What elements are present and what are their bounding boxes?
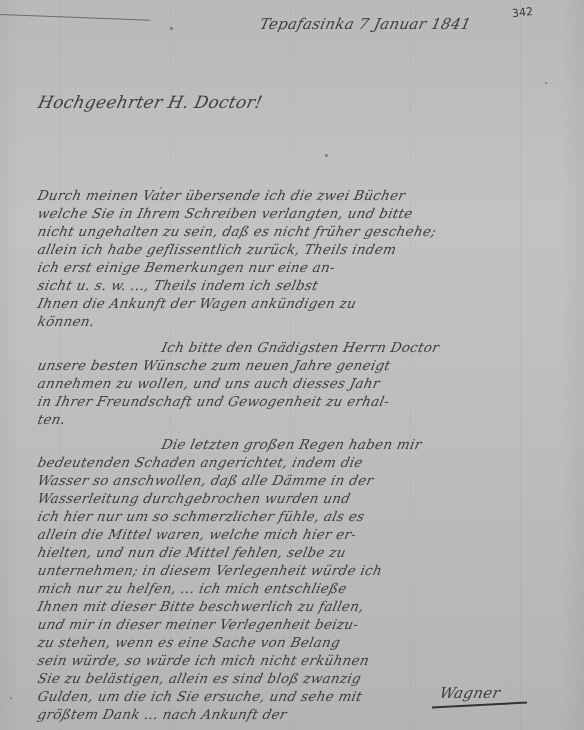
letter-line: sicht u. s. w. ..., Theils indem ich sel…	[36, 278, 320, 294]
letter-line: mich nur zu helfen, ... ich mich entschl…	[36, 581, 348, 597]
paper-fold-line	[0, 14, 150, 21]
letter-line: ich hier nur um so schmerzlicher fühle, …	[36, 509, 366, 525]
letter-line: welche Sie in Ihrem Schreiben verlangten…	[36, 206, 414, 222]
letter-line: allein die Mittel waren, welche mich hie…	[36, 527, 358, 543]
letter-line: Ich bitte den Gnädigsten Herrn Doctor	[160, 340, 441, 356]
ink-spot	[170, 27, 173, 30]
scan-stripe	[520, 0, 521, 730]
dateline: Tepafasinka 7 Januar 1841	[258, 15, 473, 33]
letter-line: nicht ungehalten zu sein, daß es nicht f…	[36, 224, 438, 240]
letter-line: Ihnen die Ankunft der Wagen ankündigen z…	[36, 296, 358, 312]
ink-spot	[325, 154, 328, 157]
letter-line: allein ich habe geflissentlich zurück, T…	[36, 242, 398, 258]
letter-line: Die letzten großen Regen haben mir	[160, 437, 423, 453]
letter-line: bedeutenden Schaden angerichtet, indem d…	[36, 455, 364, 471]
scanned-letter-page: 342 Tepafasinka 7 Januar 1841 Hochgeehrt…	[0, 0, 584, 730]
ink-spot	[545, 82, 547, 84]
letter-line: Ihnen mit dieser Bitte beschwerlich zu f…	[36, 599, 365, 615]
letter-line: ten.	[36, 412, 67, 428]
letter-line: annehmen zu wollen, und uns auch diesses…	[36, 376, 381, 392]
letter-line: zu stehen, wenn es eine Sache von Belang	[36, 635, 342, 651]
letter-line: und mir in dieser meiner Verlegenheit be…	[36, 617, 360, 633]
letter-line: Wasser so anschwollen, daß alle Dämme in…	[36, 473, 375, 489]
signature: Wagner	[438, 684, 502, 702]
letter-line: unsere besten Wünsche zum neuen Jahre ge…	[36, 358, 392, 374]
archive-number: 342	[511, 5, 533, 20]
letter-line: Sie zu belästigen, allein es sind bloß z…	[36, 671, 363, 687]
scan-stripe	[410, 0, 411, 730]
ink-spot	[10, 697, 12, 699]
letter-line: ich erst einige Bemerkungen nur eine an-	[36, 260, 337, 276]
letter-line: Wasserleitung durchgebrochen wurden und	[36, 491, 352, 507]
letter-line: sein würde, so würde ich mich nicht erkü…	[36, 653, 371, 669]
letter-line: unternehmen; in diesem Verlegenheit würd…	[36, 563, 384, 579]
letter-line: können.	[36, 314, 96, 330]
letter-line: Durch meinen Vater übersende ich die zwe…	[36, 188, 407, 204]
letter-line: größtem Dank ... nach Ankunft der	[36, 707, 288, 723]
letter-line: hielten, und nun die Mittel fehlen, selb…	[36, 545, 347, 561]
signature-underline	[432, 702, 527, 708]
letter-line: Gulden, um die ich Sie ersuche, und sehe…	[36, 689, 364, 705]
salutation: Hochgeehrter H. Doctor!	[36, 93, 264, 113]
letter-line: in Ihrer Freundschaft und Gewogenheit zu…	[36, 394, 391, 410]
